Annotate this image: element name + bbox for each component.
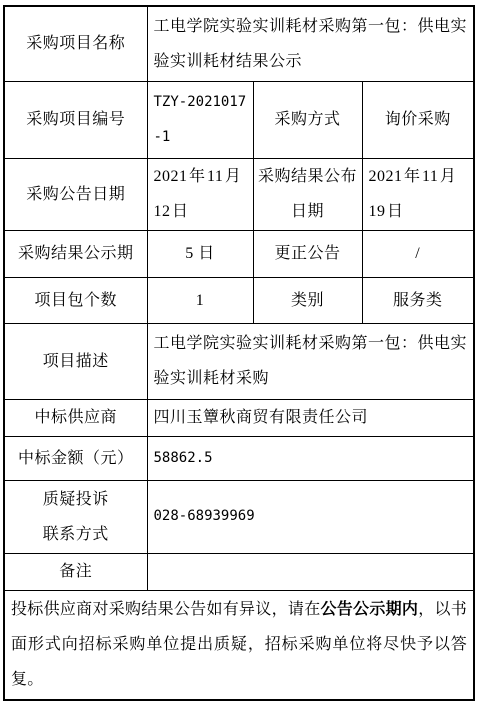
procurement-method-label: 采购方式 — [253, 81, 362, 158]
procurement-method-value: 询价采购 — [362, 81, 474, 158]
publicity-period-label: 采购结果公示期 — [4, 230, 147, 277]
announcement-date-value: 2021 年 11 月 12 日 — [147, 158, 253, 230]
result-publish-date-value: 2021 年 11 月 19 日 — [362, 158, 474, 230]
footer-notice-text-before: 投标供应商对采购结果公告如有异议，请在 — [11, 601, 320, 618]
package-count-label: 项目包个数 — [4, 277, 147, 323]
project-description-value: 工电学院实验实训耗材采购第一包：供电实验实训耗材采购 — [147, 323, 474, 399]
remark-label: 备注 — [4, 553, 147, 590]
table-row: 采购项目名称 工电学院实验实训耗材采购第一包：供电实验实训耗材结果公示 — [4, 6, 474, 81]
correction-notice-label: 更正公告 — [253, 230, 362, 277]
table-row: 中标供应商 四川玉簟秋商贸有限责任公司 — [4, 399, 474, 436]
table-row: 备注 — [4, 553, 474, 590]
category-label: 类别 — [253, 277, 362, 323]
project-number-label: 采购项目编号 — [4, 81, 147, 158]
table-row: 项目包个数 1 类别 服务类 — [4, 277, 474, 323]
table-row: 采购结果公示期 5 日 更正公告 / — [4, 230, 474, 277]
project-name-value: 工电学院实验实训耗材采购第一包：供电实验实训耗材结果公示 — [147, 6, 474, 81]
winning-amount-label: 中标金额（元） — [4, 436, 147, 480]
publicity-period-value: 5 日 — [147, 230, 253, 277]
project-number-value: TZY-2021017-1 — [147, 81, 253, 158]
result-publish-date-label: 采购结果公布日期 — [253, 158, 362, 230]
table-row: 中标金额（元） 58862.5 — [4, 436, 474, 480]
footer-notice-bold-text: 公告公示期内 — [320, 601, 418, 618]
winning-supplier-value: 四川玉簟秋商贸有限责任公司 — [147, 399, 474, 436]
complaint-contact-label: 质疑投诉 联系方式 — [4, 480, 147, 553]
winning-supplier-label: 中标供应商 — [4, 399, 147, 436]
footer-notice: 投标供应商对采购结果公告如有异议，请在公告公示期内，以书面形式向招标采购单位提出… — [4, 590, 474, 700]
table-row: 项目描述 工电学院实验实训耗材采购第一包：供电实验实训耗材采购 — [4, 323, 474, 399]
package-count-value: 1 — [147, 277, 253, 323]
table-row: 采购公告日期 2021 年 11 月 12 日 采购结果公布日期 2021 年 … — [4, 158, 474, 230]
table-row: 质疑投诉 联系方式 028-68939969 — [4, 480, 474, 553]
correction-notice-value: / — [362, 230, 474, 277]
project-description-label: 项目描述 — [4, 323, 147, 399]
table-row: 投标供应商对采购结果公告如有异议，请在公告公示期内，以书面形式向招标采购单位提出… — [4, 590, 474, 700]
procurement-result-table: 采购项目名称 工电学院实验实训耗材采购第一包：供电实验实训耗材结果公示 采购项目… — [3, 5, 475, 701]
winning-amount-value: 58862.5 — [147, 436, 474, 480]
table-row: 采购项目编号 TZY-2021017-1 采购方式 询价采购 — [4, 81, 474, 158]
category-value: 服务类 — [362, 277, 474, 323]
complaint-contact-value: 028-68939969 — [147, 480, 474, 553]
remark-value — [147, 553, 474, 590]
project-name-label: 采购项目名称 — [4, 6, 147, 81]
announcement-date-label: 采购公告日期 — [4, 158, 147, 230]
